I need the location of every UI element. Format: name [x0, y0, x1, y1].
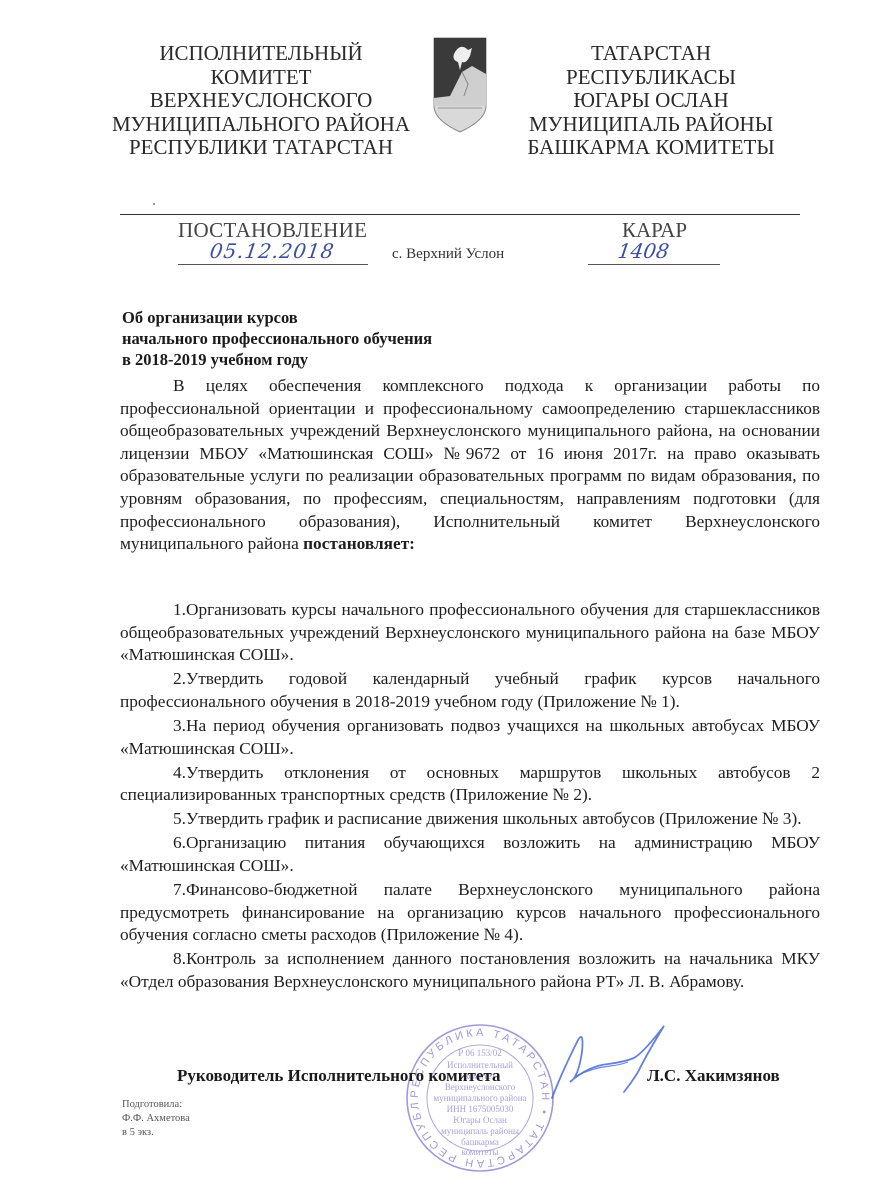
copies-count: в 5 экз.: [122, 1126, 190, 1140]
svg-text:башкарма: башкарма: [461, 1137, 499, 1147]
document-title: Об организации курсов начального професс…: [122, 307, 432, 370]
header-right-line: ЮГАРЫ ОСЛАН: [508, 89, 794, 113]
resolution-item-2: 2.Утвердить годовой календарный учебный …: [120, 668, 820, 713]
header-left-line: МУНИЦИПАЛЬНОГО РАЙОНА: [108, 113, 414, 137]
prepared-author: Ф.Ф. Ахметова: [122, 1112, 190, 1126]
official-stamp: РЕСПУБЛИКА ТАТАРСТАН • ТАТАРСТАН РЕСПУБЛ…: [404, 1022, 556, 1174]
resolution-item-5: 5.Утвердить график и расписание движения…: [120, 808, 820, 831]
header-right-line: БАШКАРМА КОМИТЕТЫ: [508, 136, 794, 160]
svg-text:Югары Ослан: Югары Ослан: [453, 1115, 507, 1125]
svg-text:муниципаль районы: муниципаль районы: [441, 1126, 519, 1136]
header-right-line: ТАТАРСТАН РЕСПУБЛИКАСЫ: [508, 42, 794, 89]
number-underline: [588, 264, 720, 265]
date-underline: [178, 264, 368, 265]
resolution-item-6: 6.Организацию питания обучающихся возлож…: [120, 832, 820, 877]
resolution-item-4: 4.Утвердить отклонения от основных маршр…: [120, 762, 820, 807]
preamble-text: В целях обеспечения комплексного подхода…: [120, 376, 820, 553]
resolves-keyword: постановляет:: [303, 534, 415, 553]
decree-date: 05.12.2018: [208, 239, 336, 263]
header-left-line: ВЕРХНЕУСЛОНСКОГО: [108, 89, 414, 113]
preamble-paragraph: В целях обеспечения комплексного подхода…: [120, 375, 820, 556]
handwritten-signature-icon: [548, 1022, 668, 1102]
resolution-items: 1.Организовать курсы начального професси…: [120, 599, 820, 994]
svg-text:ИНН 1675005030: ИНН 1675005030: [447, 1104, 514, 1114]
resolution-item-8: 8.Контроль за исполнением данного постан…: [120, 948, 820, 993]
title-line: начального профессионального обучения: [122, 328, 432, 349]
header-divider: [120, 214, 800, 215]
svg-text:муниципального района: муниципального района: [433, 1093, 526, 1103]
header-right-tt: ТАТАРСТАН РЕСПУБЛИКАСЫ ЮГАРЫ ОСЛАН МУНИЦ…: [508, 42, 794, 160]
header-left-line: ИСПОЛНИТЕЛЬНЫЙ КОМИТЕТ: [108, 42, 414, 89]
svg-text:Р 06 153/02: Р 06 153/02: [458, 1048, 502, 1058]
preamble: В целях обеспечения комплексного подхода…: [120, 375, 820, 556]
header-left-ru: ИСПОЛНИТЕЛЬНЫЙ КОМИТЕТ ВЕРХНЕУСЛОНСКОГО …: [108, 42, 414, 160]
decree-number: 1408: [616, 239, 670, 263]
signatory-title: Руководитель Исполнительного комитета: [177, 1066, 500, 1086]
title-line: Об организации курсов: [122, 307, 432, 328]
resolution-item-3: 3.На период обучения организовать подвоз…: [120, 715, 820, 760]
scan-speck: [153, 203, 155, 205]
resolution-item-7: 7.Финансово-бюджетной палате Верхнеуслон…: [120, 879, 820, 947]
resolution-item-1: 1.Организовать курсы начального професси…: [120, 599, 820, 667]
decree-place: с. Верхний Услон: [392, 246, 504, 263]
prepared-label: Подготовила:: [122, 1098, 190, 1112]
prepared-by: Подготовила: Ф.Ф. Ахметова в 5 экз.: [122, 1098, 190, 1140]
coat-of-arms-icon: [432, 36, 488, 134]
header-left-line: РЕСПУБЛИКИ ТАТАРСТАН: [108, 136, 414, 160]
header-right-line: МУНИЦИПАЛЬ РАЙОНЫ: [508, 113, 794, 137]
svg-text:комитеты: комитеты: [462, 1147, 499, 1157]
title-line: в 2018-2019 учебном году: [122, 349, 432, 370]
